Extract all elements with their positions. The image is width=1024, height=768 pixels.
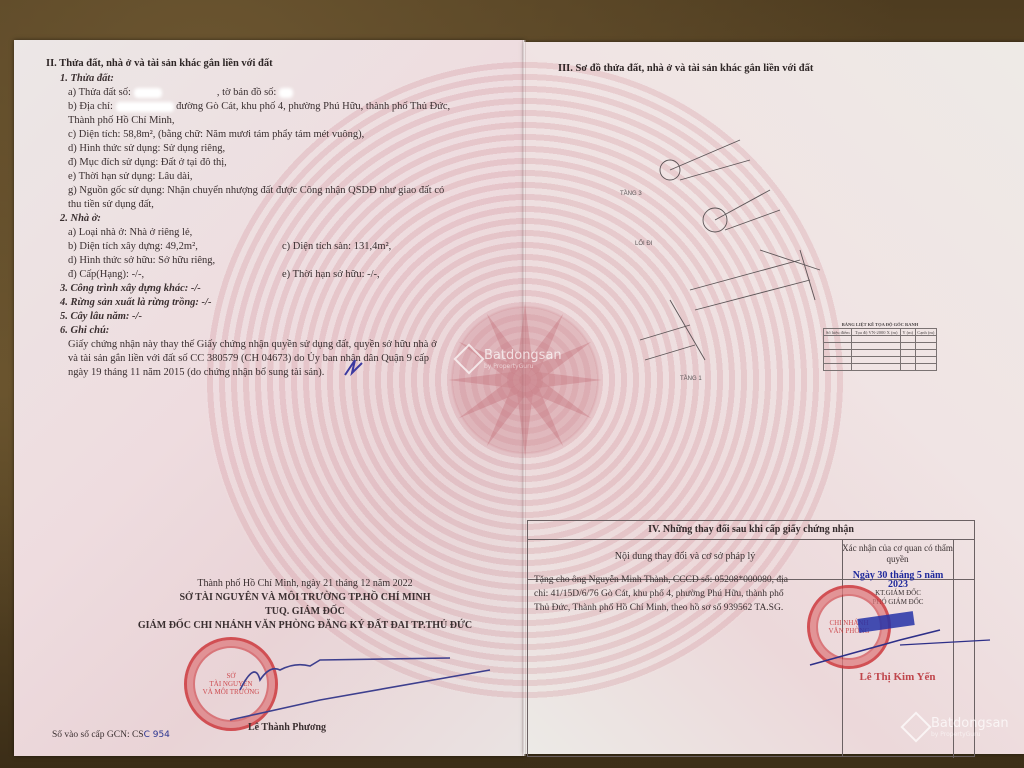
- watermark-tagline: by PropertyGuru: [484, 363, 562, 370]
- land-heading: 1. Thửa đất:: [60, 72, 114, 86]
- change-entry-line-3: Thủ Đức, Thành phố Hồ Chí Minh, theo hồ …: [534, 601, 834, 615]
- house-floor-area: c) Diện tích sàn: 131,4m²,: [282, 240, 391, 254]
- notes-line-3: ngày 19 tháng 11 năm 2015 (do chứng nhận…: [68, 366, 324, 380]
- house-ownership: d) Hình thức sở hữu: Sở hữu riêng,: [68, 254, 215, 268]
- parcel-diagram: TẦNG 3 LỐI ĐI TẦNG 1: [600, 110, 840, 410]
- issuer-role-1: TUQ. GIÁM ĐỐC: [100, 605, 510, 619]
- registry-label: Số vào sổ cấp GCN: CS: [52, 730, 144, 740]
- batdongsan-watermark-center: Batdongsanby PropertyGuru: [458, 348, 562, 370]
- issuing-org: SỞ TÀI NGUYÊN VÀ MÔI TRƯỜNG TP.HỒ CHÍ MI…: [100, 591, 510, 605]
- house-type: a) Loại nhà ở: Nhà ở riêng lẻ,: [68, 226, 192, 240]
- coord-header-edge: Cạnh (m): [915, 329, 936, 336]
- perennial-trees: 5. Cây lâu năm: -/-: [60, 310, 142, 324]
- notes-heading: 6. Ghi chú:: [60, 324, 109, 338]
- notes-line-1: Giấy chứng nhận này thay thế Giấy chứng …: [68, 338, 437, 352]
- map-sheet-label: , tờ bản đồ số:: [217, 87, 277, 98]
- issue-place-date: Thành phố Hồ Chí Minh, ngày 21 tháng 12 …: [100, 577, 510, 591]
- coordinate-table: BẢNG LIỆT KÊ TỌA ĐỘ GÓC RANH Số hiệu điể…: [823, 322, 937, 371]
- address-value: đường Gò Cát, khu phố 4, phường Phú Hữu,…: [176, 101, 450, 112]
- confirm-signer-name: Lê Thị Kim Yến: [842, 671, 953, 683]
- address-city: Thành phố Hồ Chí Minh,: [68, 114, 174, 128]
- diagram-label-loi-di: LỐI ĐI: [635, 240, 653, 247]
- notes-line-2: và tài sản gắn liền với đất số CC 380579…: [68, 352, 429, 366]
- signer-name-left: Lê Thành Phương: [248, 721, 326, 735]
- land-address: b) Địa chỉ: đường Gò Cát, khu phố 4, phư…: [68, 100, 450, 114]
- section-iii-title: III. Sơ đồ thửa đất, nhà ở và tài sản kh…: [558, 63, 813, 74]
- coordinate-table-title: BẢNG LIỆT KÊ TỌA ĐỘ GÓC RANH: [823, 322, 937, 327]
- address-label: b) Địa chỉ:: [68, 101, 113, 112]
- house-build-area: b) Diện tích xây dựng: 49,2m²,: [68, 240, 198, 254]
- section-ii-title: II. Thửa đất, nhà ở và tài sản khác gắn …: [46, 58, 273, 69]
- coord-header-y: Y (m): [901, 329, 916, 336]
- parcel-label: a) Thửa đất số:: [68, 87, 131, 98]
- watermark-brand: Batdongsan: [484, 348, 562, 363]
- registry-handwritten-number: C 954: [144, 730, 170, 740]
- house-heading: 2. Nhà ở:: [60, 212, 101, 226]
- diagram-label-tang3: TẦNG 3: [620, 190, 642, 197]
- issuer-role-2: GIÁM ĐỐC CHI NHÁNH VĂN PHÒNG ĐĂNG KÝ ĐẤT…: [90, 619, 520, 633]
- registry-number: Số vào sổ cấp GCN: CSC 954: [52, 728, 170, 742]
- land-use-form: d) Hình thức sử dụng: Sử dụng riêng,: [68, 142, 225, 156]
- change-entry-line-2: chỉ: 41/15D/6/76 Gò Cát, khu phố 4, phườ…: [534, 587, 834, 601]
- house-ownership-term: e) Thời hạn sở hữu: -/-,: [282, 268, 380, 282]
- changes-col-confirm-header: Xác nhận của cơ quan có thẩm quyền: [842, 543, 953, 565]
- batdongsan-logo-icon: [900, 711, 931, 742]
- batdongsan-watermark-corner: Batdongsanby PropertyGuru: [905, 716, 1009, 738]
- diagram-label-tang1: TẦNG 1: [680, 375, 702, 382]
- change-entry-line-1: Tặng cho ông Nguyễn Minh Thành, CCCD số:…: [534, 573, 834, 587]
- land-area: c) Diện tích: 58,8m², (bằng chữ: Năm mươ…: [68, 128, 364, 142]
- batdongsan-logo-icon: [453, 343, 484, 374]
- house-grade: đ) Cấp(Hạng): -/-,: [68, 268, 144, 282]
- land-parcel-number: a) Thửa đất số: , tờ bản đồ số:: [68, 86, 293, 100]
- redacted-map-sheet: [279, 88, 293, 98]
- changes-table-title: IV. Những thay đổi sau khi cấp giấy chứn…: [528, 521, 974, 540]
- coord-header-point: Số hiệu điểm: [824, 329, 852, 336]
- coord-header-x: Tọa độ VN-2000 X (m): [852, 329, 901, 336]
- land-use-purpose: đ) Mục đích sử dụng: Đất ở tại đô thị,: [68, 156, 227, 170]
- other-works: 3. Công trình xây dựng khác: -/-: [60, 282, 201, 296]
- changes-col-content-header: Nội dung thay đổi và cơ sở pháp lý: [528, 551, 842, 562]
- official-seal-left: SỞTÀI NGUYÊNVÀ MÔI TRƯỜNG: [184, 637, 278, 731]
- watermark-tagline: by PropertyGuru: [931, 731, 1009, 738]
- land-origin: g) Nguồn gốc sử dụng: Nhận chuyển nhượng…: [68, 184, 444, 198]
- redacted-parcel-number: [134, 88, 162, 98]
- page-fold: [522, 40, 526, 756]
- planted-forest: 4. Rừng sản xuất là rừng trồng: -/-: [60, 296, 211, 310]
- watermark-brand: Batdongsan: [931, 716, 1009, 731]
- land-use-term: e) Thời hạn sử dụng: Lâu dài,: [68, 170, 192, 184]
- redacted-house-number: [116, 102, 174, 112]
- change-entry: Tặng cho ông Nguyễn Minh Thành, CCCD số:…: [534, 573, 834, 615]
- land-origin-cont: thu tiền sử dụng đất,: [68, 198, 154, 212]
